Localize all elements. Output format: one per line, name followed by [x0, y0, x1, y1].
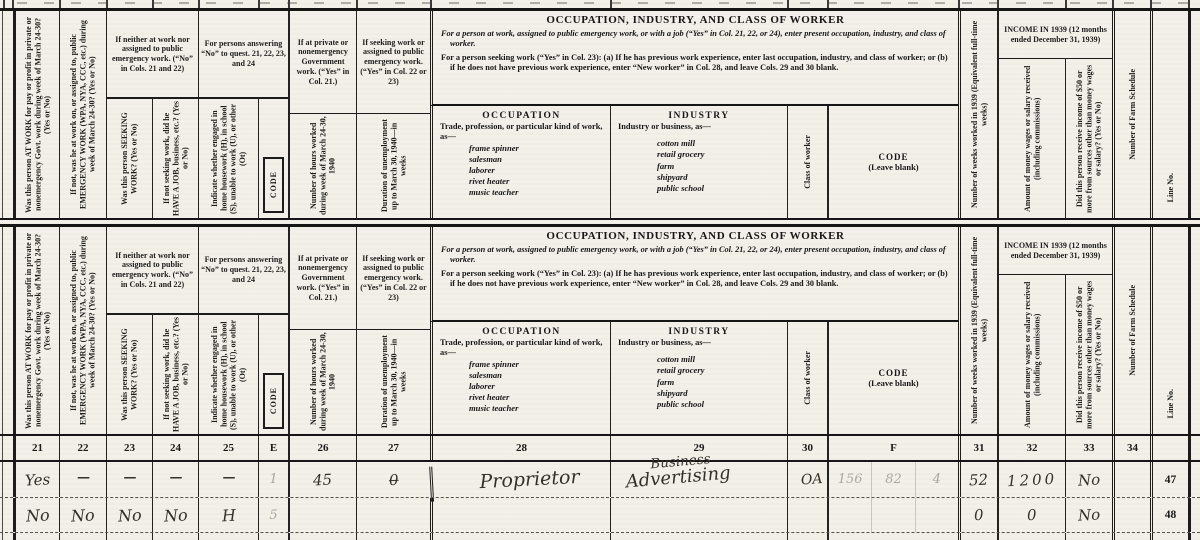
col-number-30: 30: [787, 436, 827, 460]
stub-cell: [356, 533, 430, 540]
entry-at-work: No: [25, 505, 50, 525]
header-block-bottom: Was this person AT WORK for pay or profi…: [0, 224, 1200, 436]
entry-wages: 1200: [1006, 469, 1057, 490]
occupation-section-header: OCCUPATION, INDUSTRY, AND CLASS OF WORKE…: [430, 11, 958, 106]
col23-seeking-work-header: Was this person SEEKING WORK? (Yes or No…: [106, 99, 152, 218]
stub-cell: [13, 533, 59, 540]
col21-label: Was this person AT WORK for pay or profi…: [24, 13, 52, 216]
stub-cell: [1065, 533, 1112, 540]
industry-example: retail grocery: [611, 365, 787, 376]
col26-top-label: If at private or nonemergency Government…: [290, 35, 356, 90]
col29-industry-header: INDUSTRY Industry or business, as— cotto…: [610, 106, 787, 218]
col27-top-label: If seeking work or assigned to public em…: [357, 35, 430, 90]
row48-emergency-work: No: [59, 498, 106, 532]
industry-example: shipyard: [611, 388, 787, 399]
colF-code-label-wrap: CODE (Leave blank): [829, 322, 958, 434]
line-no-column-head: [1150, 436, 1188, 460]
row47-hours-worked: 45: [288, 462, 356, 497]
stub-cell: [958, 533, 997, 540]
group-header-25-E: For persons answering “No” to quest. 21,…: [198, 11, 288, 99]
col30-label: Class of worker: [803, 135, 812, 189]
entry-class-of-worker: OA: [800, 470, 823, 487]
col26-top-header: If at private or nonemergency Government…: [288, 11, 356, 114]
row48-occupation: [430, 498, 610, 532]
row47-weeks-worked: 52: [958, 462, 997, 497]
line-no-label: Line No.: [1166, 389, 1175, 418]
col-number-27: 27: [356, 436, 430, 460]
entry-weeks: 0: [974, 506, 984, 524]
stub-cell: [430, 533, 610, 540]
group-header-25-E: For persons answering “No” to quest. 21,…: [198, 227, 288, 315]
row48-unemployment-weeks: [356, 498, 430, 532]
row48-hours-worked: [288, 498, 356, 532]
right-edge-sliver: [1188, 498, 1200, 532]
colF-code-label-wrap: CODE (Leave blank): [829, 106, 958, 218]
row48-have-job: No: [152, 498, 198, 532]
occupation-example: frame spinner: [433, 359, 610, 370]
row47-emergency-work: —: [59, 462, 106, 497]
pencil-code-2: [871, 498, 914, 532]
occupation-section-title: OCCUPATION, INDUSTRY, AND CLASS OF WORKE…: [433, 230, 958, 242]
row47-engaged: —: [198, 462, 258, 497]
row47-wages: 1200: [997, 462, 1065, 497]
col22-emergency-work-header: If not, was he at work on, or assigned t…: [59, 11, 106, 218]
pencil-code-1: [829, 498, 871, 532]
row48-weeks-worked: 0: [958, 498, 997, 532]
industry-example: retail grocery: [611, 149, 787, 160]
occupation-example: rivet heater: [433, 392, 610, 403]
col25-engaged-header: Indicate whether engaged in home housewo…: [198, 315, 258, 434]
occupation-example: music teacher: [433, 403, 610, 414]
col28-occupation-header: OCCUPATION Trade, profession, or particu…: [430, 106, 610, 218]
stub-cell: [198, 533, 258, 540]
stub-cell: [1112, 533, 1150, 540]
industry-heading: INDUSTRY: [611, 327, 787, 337]
entry-hours: 45: [313, 470, 333, 489]
entry-wages: 0: [1027, 506, 1037, 524]
left-edge-sliver: [2, 462, 13, 497]
entry-other-income: No: [1077, 505, 1100, 524]
col24-have-job-header: If not seeking work, did he HAVE A JOB, …: [152, 315, 198, 434]
record-row-47: Yes — — — — 1 45 0 Proprietor Business A…: [0, 462, 1200, 497]
col33-label: Did this person receive income of $50 or…: [1075, 61, 1103, 216]
industry-example: farm: [611, 377, 787, 388]
group-25-E-label: For persons answering “No” to quest. 21,…: [199, 36, 288, 71]
partial-next-row: [0, 532, 1200, 540]
col26-label: Number of hours worked during week of Ma…: [309, 116, 337, 216]
right-edge-sliver: [1188, 462, 1200, 497]
col24-have-job-header: If not seeking work, did he HAVE A JOB, …: [152, 99, 198, 218]
row47-unemployment-weeks: 0: [356, 462, 430, 497]
col31-label: Number of weeks worked in 1939 (Equivale…: [970, 229, 989, 432]
col32-label: Amount of money wages or salary received…: [1023, 277, 1042, 432]
occupation-instruction-2: For a person seeking work (“Yes” in Col.…: [433, 269, 958, 290]
colE-code-header: CODE: [258, 99, 288, 218]
col-number-23: 23: [106, 436, 152, 460]
occupation-instruction-1: For a person at work, assigned to public…: [433, 245, 958, 266]
line-number: 47: [1165, 474, 1177, 486]
col-number-31: 31: [958, 436, 997, 460]
pencil-code-2: 82: [871, 462, 914, 497]
col26-top-header: If at private or nonemergency Government…: [288, 227, 356, 330]
col31-weeks-worked-header: Number of weeks worked in 1939 (Equivale…: [958, 227, 997, 434]
entry-dash: —: [223, 470, 235, 485]
col-number-E: E: [258, 436, 288, 460]
right-edge-sliver: [1188, 436, 1200, 460]
col-number-34: 34: [1112, 436, 1150, 460]
right-edge-sliver: [1188, 11, 1200, 218]
group-23-24-label: If neither at work nor assigned to publi…: [107, 248, 198, 293]
col-number-24: 24: [152, 436, 198, 460]
stub-cell: [152, 533, 198, 540]
occupation-example: laborer: [433, 381, 610, 392]
row48-class-of-worker: [787, 498, 827, 532]
occupation-desc: Trade, profession, or particular kind of…: [433, 337, 610, 359]
pencil-code-cells: [829, 498, 958, 532]
industry-example: cotton mill: [611, 354, 787, 365]
col32-label: Amount of money wages or salary received…: [1023, 61, 1042, 216]
entry-housework: H: [221, 505, 236, 525]
col24-label: If not seeking work, did he HAVE A JOB, …: [162, 101, 190, 216]
pencil-code-cells: 156 82 4: [829, 462, 958, 497]
line-no-header: Line No.: [1150, 227, 1188, 434]
col31-label: Number of weeks worked in 1939 (Equivale…: [970, 13, 989, 216]
col-number-33: 33: [1065, 436, 1112, 460]
entry-other-income: No: [1077, 470, 1100, 489]
col22-label: If not, was he at work on, or assigned t…: [69, 13, 97, 216]
col25-engaged-header: Indicate whether engaged in home housewo…: [198, 99, 258, 218]
entry-occupation: Proprietor: [479, 465, 580, 492]
industry-desc: Industry or business, as—: [611, 121, 787, 132]
row48-farm-schedule: [1112, 498, 1150, 532]
group-25-E-label: For persons answering “No” to quest. 21,…: [199, 252, 288, 287]
col-number-21: 21: [13, 436, 59, 460]
left-edge-sliver: [2, 227, 13, 434]
header-block-top: Was this person AT WORK for pay or profi…: [0, 8, 1200, 220]
row48-code-E: 5: [258, 498, 288, 532]
colF-code-label: CODE: [878, 368, 908, 378]
left-edge-sliver: [2, 533, 13, 540]
entry-dash: —: [124, 470, 136, 485]
pencil-code-1: 156: [829, 462, 871, 497]
census-header-block: Was this person AT WORK for pay or profi…: [0, 224, 1200, 436]
occupation-desc: Trade, profession, or particular kind of…: [433, 121, 610, 143]
col24-label: If not seeking work, did he HAVE A JOB, …: [162, 317, 190, 432]
entry-industry-line2: Advertising: [625, 465, 731, 489]
census-form-scan: Was this person AT WORK for pay or profi…: [0, 0, 1200, 540]
colE-code-header: CODE: [258, 315, 288, 434]
entry-dash: —: [77, 470, 89, 485]
row47-industry: Business Advertising: [610, 462, 787, 497]
stub-cell: [106, 533, 152, 540]
occupation-example: salesman: [433, 370, 610, 381]
industry-example: cotton mill: [611, 138, 787, 149]
industry-example: public school: [611, 399, 787, 410]
code-box-label: CODE: [269, 171, 278, 198]
colF-code-header: CODE (Leave blank): [827, 322, 958, 434]
occupation-section-header: OCCUPATION, INDUSTRY, AND CLASS OF WORKE…: [430, 227, 958, 322]
colF-leave-blank-label: (Leave blank): [868, 378, 918, 388]
col-number-F: F: [827, 436, 958, 460]
stub-cell: [59, 533, 106, 540]
row48-wages: 0: [997, 498, 1065, 532]
code-box: CODE: [263, 373, 284, 429]
col26-hours-header: Number of hours worked during week of Ma…: [288, 114, 356, 218]
colF-code-label: CODE: [878, 152, 908, 162]
occupation-example: salesman: [433, 154, 610, 165]
occupation-example: laborer: [433, 165, 610, 176]
row47-class-of-worker: OA: [787, 462, 827, 497]
occupation-instruction-2: For a person seeking work (“Yes” in Col.…: [433, 53, 958, 74]
occupation-section-title: OCCUPATION, INDUSTRY, AND CLASS OF WORKE…: [433, 14, 958, 26]
row48-seeking-work: No: [106, 498, 152, 532]
col27-top-label: If seeking work or assigned to public em…: [357, 251, 430, 306]
occupation-instruction-1: For a person at work, assigned to public…: [433, 29, 958, 50]
entry-at-work: Yes: [24, 470, 50, 489]
col27-duration-header: Duration of unemployment up to March 30,…: [356, 114, 430, 218]
left-edge-sliver: [2, 498, 13, 532]
col22-emergency-work-header: If not, was he at work on, or assigned t…: [59, 227, 106, 434]
col34-farm-schedule-header: Number of Farm Schedule: [1112, 227, 1150, 434]
row47-have-job: —: [152, 462, 198, 497]
col30-label: Class of worker: [803, 351, 812, 405]
industry-example: shipyard: [611, 172, 787, 183]
income-title: INCOME IN 1939 (12 months ended December…: [999, 22, 1112, 48]
col25-label: Indicate whether engaged in home housewo…: [210, 101, 247, 216]
entry-dash: —: [170, 470, 182, 485]
line-no-header: Line No.: [1150, 11, 1188, 218]
entry-no: No: [117, 505, 142, 525]
entry-no: No: [71, 505, 96, 525]
code-box-label: CODE: [269, 387, 278, 414]
col30-class-of-worker-header: Class of worker: [787, 106, 827, 218]
col22-label: If not, was he at work on, or assigned t…: [69, 229, 97, 432]
col23-seeking-work-header: Was this person SEEKING WORK? (Yes or No…: [106, 315, 152, 434]
left-edge-sliver: [2, 436, 13, 460]
stub-cell: [787, 533, 827, 540]
col-number-26: 26: [288, 436, 356, 460]
row47-other-income: No: [1065, 462, 1112, 497]
entry-no: No: [163, 505, 188, 525]
entry-duration: 0: [388, 470, 398, 488]
col28-occupation-header: OCCUPATION Trade, profession, or particu…: [430, 322, 610, 434]
col26-hours-header: Number of hours worked during week of Ma…: [288, 330, 356, 434]
row48-line-number: 48: [1150, 498, 1188, 532]
occupation-heading: OCCUPATION: [433, 327, 610, 337]
industry-heading: INDUSTRY: [611, 111, 787, 121]
col-number-32: 32: [997, 436, 1065, 460]
col25-label: Indicate whether engaged in home housewo…: [210, 317, 247, 432]
col34-label: Number of Farm Schedule: [1128, 285, 1137, 376]
col23-label: Was this person SEEKING WORK? (Yes or No…: [120, 101, 139, 216]
row48-engaged: H: [198, 498, 258, 532]
colF-code-header: CODE (Leave blank): [827, 106, 958, 218]
occupation-heading: OCCUPATION: [433, 111, 610, 121]
stub-cell: [1188, 533, 1200, 540]
entry-weeks: 52: [969, 470, 989, 489]
industry-desc: Industry or business, as—: [611, 337, 787, 348]
col29-industry-header: INDUSTRY Industry or business, as— cotto…: [610, 322, 787, 434]
col21-at-work-header: Was this person AT WORK for pay or profi…: [13, 11, 59, 218]
group-23-24-label: If neither at work nor assigned to publi…: [107, 32, 198, 77]
row47-line-number: 47: [1150, 462, 1188, 497]
stub-cell: [258, 533, 288, 540]
income-section-header: INCOME IN 1939 (12 months ended December…: [997, 11, 1112, 59]
col-number-28: 28: [430, 436, 610, 460]
row48-at-work: No: [13, 498, 59, 532]
top-edge-dashes: [0, 2, 1200, 4]
line-number: 48: [1165, 509, 1177, 521]
row47-seeking-work: —: [106, 462, 152, 497]
left-edge-sliver: [2, 11, 13, 218]
code-box: CODE: [263, 157, 284, 213]
census-header-block: Was this person AT WORK for pay or profi…: [0, 8, 1200, 220]
group-header-23-24: If neither at work nor assigned to publi…: [106, 11, 198, 99]
col26-top-label: If at private or nonemergency Government…: [290, 251, 356, 306]
stub-cell: [827, 533, 958, 540]
col27-top-header: If seeking work or assigned to public em…: [356, 227, 430, 330]
row48-other-income: No: [1065, 498, 1112, 532]
record-row-48: No No No No H 5 0 0 No 48: [0, 497, 1200, 532]
col27-duration-header: Duration of unemployment up to March 30,…: [356, 330, 430, 434]
col-number-25: 25: [198, 436, 258, 460]
col32-wages-header: Amount of money wages or salary received…: [997, 275, 1065, 434]
line-no-label: Line No.: [1166, 173, 1175, 202]
pencil-code: 1: [269, 472, 277, 487]
row48-code-F: [827, 498, 958, 532]
col34-label: Number of Farm Schedule: [1128, 69, 1137, 160]
col31-weeks-worked-header: Number of weeks worked in 1939 (Equivale…: [958, 11, 997, 218]
col21-at-work-header: Was this person AT WORK for pay or profi…: [13, 227, 59, 434]
pencil-code-3: 4: [915, 462, 958, 497]
group-header-23-24: If neither at work nor assigned to publi…: [106, 227, 198, 315]
income-section-header: INCOME IN 1939 (12 months ended December…: [997, 227, 1112, 275]
row47-code-E: 1: [258, 462, 288, 497]
col26-label: Number of hours worked during week of Ma…: [309, 332, 337, 432]
col33-other-income-header: Did this person receive income of $50 or…: [1065, 59, 1112, 218]
occupation-example: music teacher: [433, 187, 610, 198]
col33-label: Did this person receive income of $50 or…: [1075, 277, 1103, 432]
col27-top-header: If seeking work or assigned to public em…: [356, 11, 430, 114]
stub-cell: [1150, 533, 1188, 540]
col32-wages-header: Amount of money wages or salary received…: [997, 59, 1065, 218]
industry-example: public school: [611, 183, 787, 194]
col27-label: Duration of unemployment up to March 30,…: [380, 332, 408, 432]
stub-cell: [288, 533, 356, 540]
row47-code-F: 156 82 4: [827, 462, 958, 497]
occupation-example: frame spinner: [433, 143, 610, 154]
colF-leave-blank-label: (Leave blank): [868, 162, 918, 172]
right-edge-sliver: [1188, 227, 1200, 434]
row48-industry: [610, 498, 787, 532]
col34-farm-schedule-header: Number of Farm Schedule: [1112, 11, 1150, 218]
pencil-code: 5: [269, 508, 277, 523]
row47-farm-schedule: [1112, 462, 1150, 497]
income-title: INCOME IN 1939 (12 months ended December…: [999, 238, 1112, 264]
row47-at-work: Yes: [13, 462, 59, 497]
occupation-example: rivet heater: [433, 176, 610, 187]
col23-label: Was this person SEEKING WORK? (Yes or No…: [120, 317, 139, 432]
stub-cell: [610, 533, 787, 540]
col-number-22: 22: [59, 436, 106, 460]
stub-cell: [997, 533, 1065, 540]
col27-label: Duration of unemployment up to March 30,…: [380, 116, 408, 216]
col30-class-of-worker-header: Class of worker: [787, 322, 827, 434]
row47-occupation: Proprietor: [429, 457, 611, 501]
industry-example: farm: [611, 161, 787, 172]
col21-label: Was this person AT WORK for pay or profi…: [24, 229, 52, 432]
col33-other-income-header: Did this person receive income of $50 or…: [1065, 275, 1112, 434]
pencil-code-3: [915, 498, 958, 532]
